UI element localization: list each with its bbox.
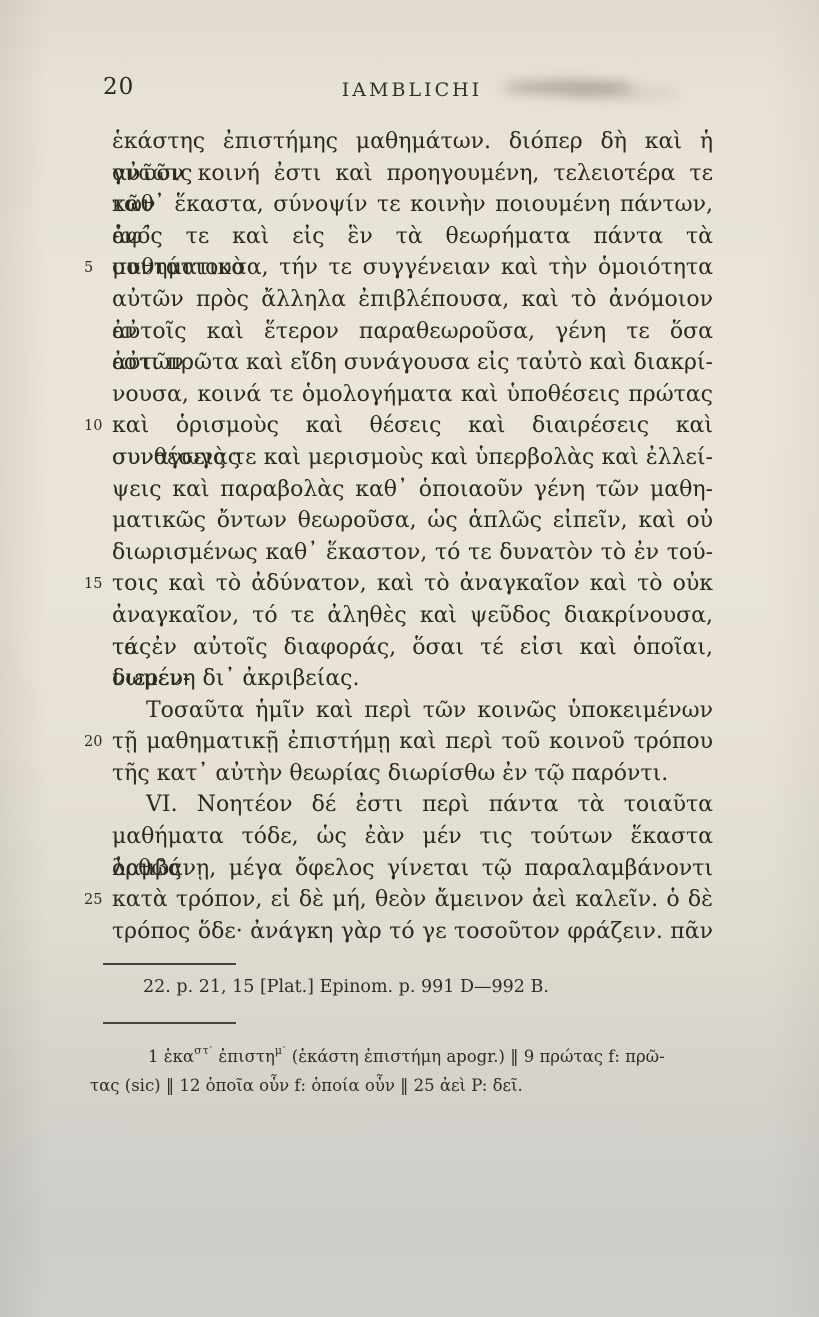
- apparatus-entry-text: ἐπιστη: [213, 1047, 275, 1066]
- apparatus-entry-text: τας (sic) ‖ 12 ὁποῖα οὖν f: ὁποία οὖν ‖ …: [90, 1076, 523, 1095]
- text-line: μαθήματα τόδε, ὡς ἐὰν μέν τις τούτων ἕκα…: [112, 821, 713, 853]
- text-line: τῆς κατ᾽ αὐτὴν θεωρίας διωρίσθω ἐν τῷ πα…: [112, 758, 713, 790]
- apparatus-divider-rule: [103, 1022, 236, 1024]
- text-line: ἑκάστης ἐπιστήμης μαθημάτων. διόπερ δὴ κ…: [112, 126, 713, 158]
- manuscript-abbreviation-mark: μ′: [275, 1044, 287, 1057]
- text-line: 25 κατὰ τρόπον, εἰ δὲ μή, θεὸν ἄμεινον ἀ…: [112, 884, 713, 916]
- line-text: ματικῶς ὄντων θεωροῦσα, ὡς ἁπλῶς εἰπεῖν,…: [112, 508, 713, 533]
- text-line: 15 τοις καὶ τὸ ἀδύνατον, καὶ τὸ ἀναγκαῖο…: [112, 568, 713, 600]
- footnote-divider-rule: [103, 963, 236, 965]
- text-line: Τοσαῦτα ἡμῖν καὶ περὶ τῶν κοινῶς ὑποκειμ…: [112, 695, 713, 727]
- text-line: ἐστι πρῶτα καὶ εἴδη συνάγουσα εἰς ταὐτὸ …: [112, 347, 713, 379]
- line-text: Τοσαῦτα ἡμῖν καὶ περὶ τῶν κοινῶς ὑποκειμ…: [146, 698, 713, 723]
- margin-line-number: 5: [84, 253, 106, 285]
- text-line: ἑνός τε καὶ εἰς ἓν τὰ θεωρήματα πάντα τὰ…: [112, 221, 713, 253]
- apparatus-line-2: τας (sic) ‖ 12 ὁποῖα οὖν f: ὁποία οὖν ‖ …: [90, 1072, 718, 1099]
- manuscript-abbreviation-mark: στ′: [194, 1044, 213, 1057]
- text-line: τρόπος ὅδε· ἀνάγκη γὰρ τό γε τοσοῦτον φρ…: [112, 916, 713, 948]
- line-text: τρόπος ὅδε· ἀνάγκη γὰρ τό γε τοσοῦτον φρ…: [112, 919, 713, 944]
- line-text: νωμένη δι᾽ ἀκριβείας.: [112, 666, 360, 691]
- line-text: λαμβάνῃ, μέγα ὄφελος γίνεται τῷ παραλαμβ…: [112, 856, 713, 881]
- line-text: διωρισμένως καθ᾽ ἕκαστον, τό τε δυνατὸν …: [112, 540, 713, 565]
- line-text: κατὰ τρόπον, εἰ δὲ μή, θεὸν ἄμεινον ἀεὶ …: [112, 887, 713, 912]
- text-line: διωρισμένως καθ᾽ ἕκαστον, τό τε δυνατὸν …: [112, 537, 713, 569]
- apparatus-entry-text: 1 ἑκα: [148, 1047, 194, 1066]
- margin-line-number: 10: [84, 411, 106, 443]
- text-line: λαμβάνῃ, μέγα ὄφελος γίνεται τῷ παραλαμβ…: [112, 853, 713, 885]
- line-text: τῇ μαθηματικῇ ἐπιστήμῃ καὶ περὶ τοῦ κοιν…: [112, 729, 713, 754]
- footnote-reference: 22. p. 21, 15 [Plat.] Epinom. p. 991 D—9…: [143, 977, 708, 997]
- text-line: αὐτῶν πρὸς ἄλληλα ἐπιβλέπουσα, καὶ τὸ ἀν…: [112, 284, 713, 316]
- line-text: νουσα, κοινά τε ὁμολογήματα καὶ ὑποθέσει…: [112, 382, 713, 407]
- text-line: ψεις καὶ παραβολὰς καθ᾽ ὁποιαοῦν γένη τῶ…: [112, 474, 713, 506]
- text-line: ματικῶς ὄντων θεωροῦσα, ὡς ἁπλῶς εἰπεῖν,…: [112, 505, 713, 537]
- line-text: τοις καὶ τὸ ἀδύνατον, καὶ τὸ ἀναγκαῖον κ…: [112, 571, 713, 596]
- ink-smudge-faint: [560, 88, 680, 98]
- main-text-block: ἑκάστης ἐπιστήμης μαθημάτων. διόπερ δὴ κ…: [112, 126, 713, 947]
- line-text: συνθέσεις τε καὶ μερισμοὺς καὶ ὑπερβολὰς…: [112, 445, 713, 470]
- margin-line-number: 25: [84, 885, 106, 917]
- text-line: 10 καὶ ὁρισμοὺς καὶ θέσεις καὶ διαιρέσει…: [112, 410, 713, 442]
- text-line: καθ᾽ ἕκαστα, σύνοψίν τε κοινὴν ποιουμένη…: [112, 189, 713, 221]
- line-text: ἐστι πρῶτα καὶ εἴδη συνάγουσα εἰς ταὐτὸ …: [112, 350, 713, 375]
- apparatus-entry-text: (ἑκάστη ἐπιστήμη apogr.) ‖ 9 πρώτας f: π…: [287, 1047, 665, 1066]
- text-line: ἀναγκαῖον, τό τε ἀληθὲς καὶ ψεῦδος διακρ…: [112, 600, 713, 632]
- text-line: αὐτοῖς καὶ ἕτερον παραθεωροῦσα, γένη τε …: [112, 316, 713, 348]
- text-line: 5 συντάττουσα, τήν τε συγγένειαν καὶ τὴν…: [112, 252, 713, 284]
- line-text: τῆς κατ᾽ αὐτὴν θεωρίας διωρίσθω ἐν τῷ πα…: [112, 761, 668, 786]
- text-line: αὐτῶν κοινή ἐστι καὶ προηγουμένη, τελειο…: [112, 158, 713, 190]
- text-line: τε ἐν αὐτοῖς διαφοράς, ὅσαι τέ εἰσι καὶ …: [112, 632, 713, 664]
- line-text: συντάττουσα, τήν τε συγγένειαν καὶ τὴν ὁ…: [112, 255, 713, 280]
- line-text: VI. Νοητέον δέ ἐστι περὶ πάντα τὰ τοιαῦτ…: [146, 792, 713, 817]
- margin-line-number: 15: [84, 569, 106, 601]
- margin-line-number: 20: [84, 727, 106, 759]
- line-text: ψεις καὶ παραβολὰς καθ᾽ ὁποιαοῦν γένη τῶ…: [112, 477, 713, 502]
- text-line: 20 τῇ μαθηματικῇ ἐπιστήμῃ καὶ περὶ τοῦ κ…: [112, 726, 713, 758]
- text-line: συνθέσεις τε καὶ μερισμοὺς καὶ ὑπερβολὰς…: [112, 442, 713, 474]
- book-page-scan: 20 IAMBLICHI ἑκάστης ἐπιστήμης μαθημάτων…: [0, 0, 819, 1317]
- apparatus-line-1: 1 ἑκαστ′ ἐπιστημ′ (ἑκάστη ἐπιστήμη apogr…: [90, 1043, 718, 1072]
- text-line: νωμένη δι᾽ ἀκριβείας.: [112, 663, 713, 695]
- apparatus-criticus: 1 ἑκαστ′ ἐπιστημ′ (ἑκάστη ἐπιστήμη apogr…: [90, 1043, 718, 1099]
- text-line: νουσα, κοινά τε ὁμολογήματα καὶ ὑποθέσει…: [112, 379, 713, 411]
- text-line: VI. Νοητέον δέ ἐστι περὶ πάντα τὰ τοιαῦτ…: [112, 789, 713, 821]
